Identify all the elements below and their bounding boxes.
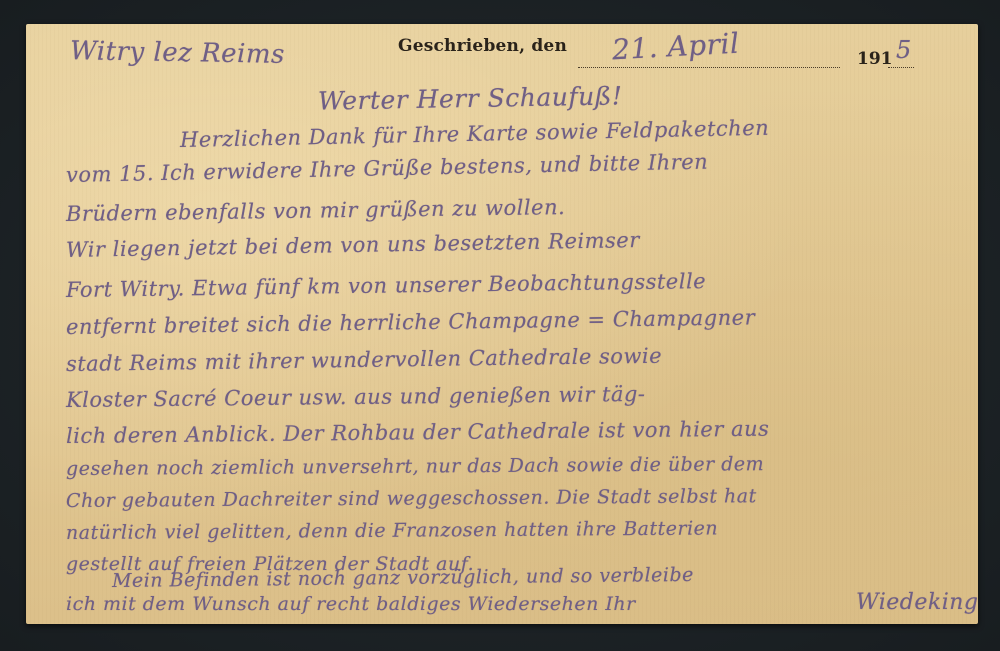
printed-header-written-on: Geschrieben, den [398,36,567,56]
body-line: natürlich viel gelitten, denn die Franzo… [66,517,718,544]
signature: Wiedeking [856,590,979,615]
handwritten-year-suffix: 5 [896,36,912,64]
handwritten-date: 21. April [611,27,740,67]
printed-year-prefix: 191 [857,49,893,69]
date-dotted-line [578,67,840,68]
handwritten-place: Witry lez Reims [70,36,285,70]
body-line: ich mit dem Wunsch auf recht baldiges Wi… [66,593,636,615]
year-dotted-line [888,67,914,68]
salutation: Werter Herr Schaufuß! [318,81,623,115]
